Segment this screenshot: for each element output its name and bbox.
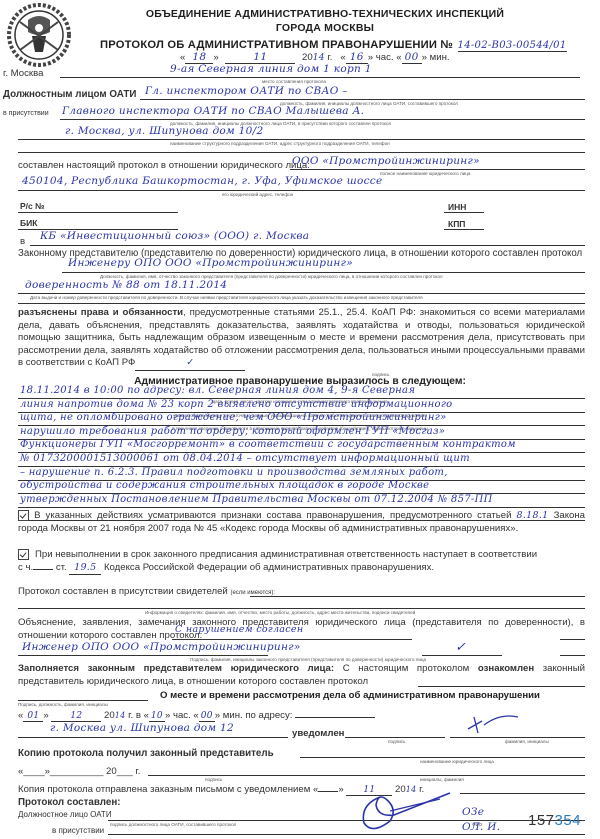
hearing-heading: О месте и времени рассмотрения дела об а… [160, 690, 540, 701]
moscow-coat-of-arms-emblem-icon [6, 2, 72, 68]
hearing-day[interactable]: 01 [23, 711, 43, 722]
kpp-line [444, 229, 484, 230]
composed-presence-name[interactable]: ОЛ. И. [462, 821, 500, 833]
composed-official-name[interactable]: ОЗе [462, 806, 484, 818]
org-name-line1: ОБЪЕДИНЕНИЕ АДМИНИСТРАТИВНО-ТЕХНИЧЕСКИХ … [80, 8, 570, 20]
copy-sent-label: Копия протокола отправлена заказным пись… [18, 784, 310, 795]
rights-bold: разъяснены права и обязанности [18, 307, 183, 318]
hearing-year-prefix: 20 [104, 710, 115, 721]
official-signature-icon [350, 785, 460, 835]
non-compliance-paragraph: При невыполнении в срок законного предпи… [18, 549, 585, 575]
composed-heading: Протокол составлен: [18, 797, 121, 808]
bank-line [30, 245, 585, 246]
date-year-suffix[interactable]: 14 [313, 53, 325, 63]
place-value[interactable]: 9-ая Северная линия дом 1 корп 1 [170, 63, 372, 75]
unit-value[interactable]: г. Москва, ул. Шипунова дом 10/2 [65, 125, 263, 137]
violation-line[interactable]: Функционеры ГУП «Мосгорремонт» в соответ… [20, 439, 516, 450]
presence-line [60, 119, 585, 120]
violation-rule-line [18, 507, 585, 508]
kpp-label: КПП [448, 219, 465, 229]
acknowledgement-paragraph: Заполняется законным представителем юрид… [18, 663, 585, 688]
protocol-number[interactable]: 14-02-В03-00544/01 [458, 40, 567, 52]
serial-number: 157354 [528, 812, 581, 829]
inn-label: ИНН [448, 202, 466, 212]
legal-entity-address[interactable]: 450104, Республика Башкортостан, г. Уфа,… [22, 175, 382, 187]
legal-entity-address-line [18, 190, 585, 191]
notified-name-caption: фамилия, инициалы [505, 739, 549, 744]
notified-signature-field[interactable] [345, 737, 445, 738]
legal-entity-name-caption: полное наименование юридического лица [380, 171, 470, 176]
representative-doc-value[interactable]: доверенность № 88 от 18.11.2014 [25, 279, 227, 291]
date-year-label: г. [327, 52, 332, 63]
violation-line[interactable]: обустройства и содержания строительных п… [20, 480, 429, 491]
witnesses-label: Протокол составлен в присутствии свидете… [18, 586, 275, 597]
place-caption: место составления протокола [262, 79, 326, 84]
legal-entity-address-caption: его юридический адрес, телефон [222, 192, 293, 197]
notified-label: уведомлен [292, 728, 344, 739]
witnesses-field[interactable] [250, 596, 585, 597]
notified-sig-caption: подпись [388, 739, 405, 744]
presence-value[interactable]: Главного инспектора ОАТИ по СВАО Малышев… [62, 105, 364, 117]
explanation-signature[interactable]: ✓ [455, 640, 466, 655]
serial-prefix: 157 [528, 812, 555, 829]
explanation-caption: Подпись, фамилия, инициалы законного пре… [190, 657, 426, 662]
violation-line[interactable]: № 0173200001513000061 от 08.04.2014 – от… [20, 453, 470, 464]
article-value[interactable]: 8.18.1 [517, 510, 549, 521]
explanation-line-2b [560, 655, 585, 656]
hearing-address[interactable]: г. Москва ул. Шипунова дом 12 [50, 722, 234, 734]
violation-line[interactable]: 18.11.2014 в 10:00 по адресу: вл. Северн… [20, 385, 415, 396]
composed-official-label: Должностное лицо ОАТИ [18, 810, 112, 819]
explanation-line-1b [560, 639, 585, 640]
acknowledgement-field[interactable] [418, 686, 585, 687]
inn-line [444, 212, 484, 213]
legal-entity-name-line [290, 169, 585, 170]
violation-line[interactable]: – нарушение п. 6.2.3. Правил подготовки … [20, 467, 448, 478]
article-paragraph: В указанных действиях усматриваются приз… [18, 510, 585, 535]
non-compliance-checkbox[interactable] [18, 549, 29, 560]
explanation-value-1[interactable]: С нарушением согласен [175, 624, 303, 635]
presence-label: в присутствии [3, 110, 49, 117]
bank-prefix: в [20, 236, 25, 247]
witnesses-caption: Информация о свидетелях: фамилия, имя, о… [145, 610, 415, 615]
article-checkbox[interactable] [18, 510, 29, 521]
acknowledgement-lead: Заполняется законным представителем юрид… [18, 663, 334, 674]
copy-sent-day[interactable] [318, 791, 338, 792]
emblem [6, 2, 72, 68]
unit-caption: наименование структурного подразделения … [170, 141, 390, 146]
serial-highlight: 354 [555, 812, 582, 829]
rights-paragraph: разъяснены права и обязанности, предусмо… [18, 307, 585, 371]
place-line [60, 77, 580, 78]
copy-received-date[interactable]: «____»__________ 20___ г. [18, 766, 140, 777]
protocol-title: ПРОТОКОЛ ОБ АДМИНИСТРАТИВНОМ ПРАВОНАРУШЕ… [100, 39, 453, 51]
hearing-hour[interactable]: 10 [149, 711, 165, 722]
acknowledgement-acquainted: ознакомлен [478, 663, 534, 674]
hearing-year-label: г. в [128, 710, 141, 721]
representative-value[interactable]: Инженеру ОПО ООО «Промстройинжиниринг» [68, 257, 353, 269]
part-value[interactable] [33, 569, 53, 570]
copy-received-label: Копию протокола получил законный предста… [18, 748, 274, 759]
explanation-line-1 [172, 639, 412, 640]
non-compliance-text: При невыполнении в срок законного предпи… [35, 549, 537, 560]
legal-entity-label: составлен настоящий протокол в отношении… [18, 160, 310, 171]
hearing-month[interactable]: 12 [51, 711, 101, 722]
legal-entity-name[interactable]: ООО «Промстройинжиниринг» [292, 155, 480, 167]
rights-separator [18, 303, 585, 304]
explanation-signature-line [422, 655, 502, 656]
separator-line [18, 152, 585, 153]
violation-line[interactable]: щита, не опломбировано ограждение, чем О… [20, 412, 447, 423]
violation-line[interactable]: нарушило требования работ по ордеру, кот… [20, 426, 445, 437]
explanation-line-2 [18, 655, 268, 656]
unit-line [18, 139, 585, 140]
art-label: ст. [56, 562, 67, 573]
representative-doc-line [18, 293, 585, 294]
representative-line [62, 272, 585, 273]
representative-doc-caption: Дата выдачи и номер доверенности предста… [30, 295, 423, 300]
official-label: Должностным лицом ОАТИ [3, 89, 136, 100]
violation-line[interactable]: линия напротив дома № 23 корп 2 выявлено… [20, 399, 453, 410]
hearing-hour-label: час. [173, 710, 191, 721]
hearing-address-line [18, 737, 288, 738]
hearing-minute-label: мин. по адресу: [223, 710, 293, 721]
copy-received-field[interactable] [300, 757, 585, 758]
copy-received-sig-field[interactable] [148, 775, 585, 776]
account-line [18, 212, 178, 213]
city-label: г. Москва [3, 68, 43, 79]
composed-presence-label: в присутствии [52, 826, 104, 835]
art-value[interactable]: 19.5 [69, 562, 101, 576]
composed-presence-sig-field[interactable] [108, 834, 585, 835]
violation-line[interactable]: утвержденных Постановлением Правительств… [20, 494, 493, 505]
time-hour-label: час. [376, 52, 394, 63]
notified-signature-icon [460, 709, 530, 739]
copy-received-sig-caption: подпись [205, 777, 222, 782]
copy-received-caption: наименование юридического лица [420, 759, 494, 764]
rights-signature-line[interactable]: ✓ [135, 357, 245, 371]
hearing-minute[interactable]: 00 [199, 711, 215, 722]
acknowledgement-sig-caption: Подпись, должность, фамилия, инициалы [18, 702, 108, 707]
acknowledgement-text1: С настоящим протоколом [334, 663, 478, 674]
part-label: с ч. [18, 562, 33, 573]
acknowledgement-sig-field[interactable] [18, 700, 148, 701]
hearing-date-row: «01» 12 2014 г. в «10» час. «00» мин. по… [18, 710, 375, 722]
hearing-address-inline-field[interactable] [295, 717, 375, 718]
composed-official-caption: подпись должностного лица ОАТИ, составив… [110, 822, 236, 827]
date-year-prefix: 20 [302, 52, 313, 63]
org-name-line2: ГОРОДА МОСКВЫ [80, 22, 570, 34]
copy-sent-field[interactable] [460, 793, 585, 794]
account-label: Р/с № [20, 201, 45, 211]
official-line [140, 99, 585, 100]
copy-received-name-caption: инициалы, фамилия [420, 777, 464, 782]
bank-value[interactable]: КБ «Инвестиционный союз» (ООО) г. Москва [40, 230, 309, 242]
hearing-year-suffix[interactable]: 14 [115, 711, 126, 720]
bik-label: БИК [20, 218, 37, 228]
time-minute-label: мин. [430, 52, 450, 63]
witnesses-field-2[interactable] [18, 608, 585, 609]
article-text-before: В указанных действиях усматриваются приз… [34, 510, 511, 521]
non-compliance-text-after: Кодекса Российской Федерации об админист… [104, 562, 434, 573]
official-value[interactable]: Гл. инспектором ОАТИ по СВАО – [145, 85, 348, 97]
explanation-value-2[interactable]: Инженер ОПО ООО «Промстройинжиниринг» [22, 641, 301, 653]
witnesses-label-text: Протокол составлен в присутствии свидете… [18, 586, 228, 597]
time-minute[interactable]: 00 [402, 51, 422, 64]
